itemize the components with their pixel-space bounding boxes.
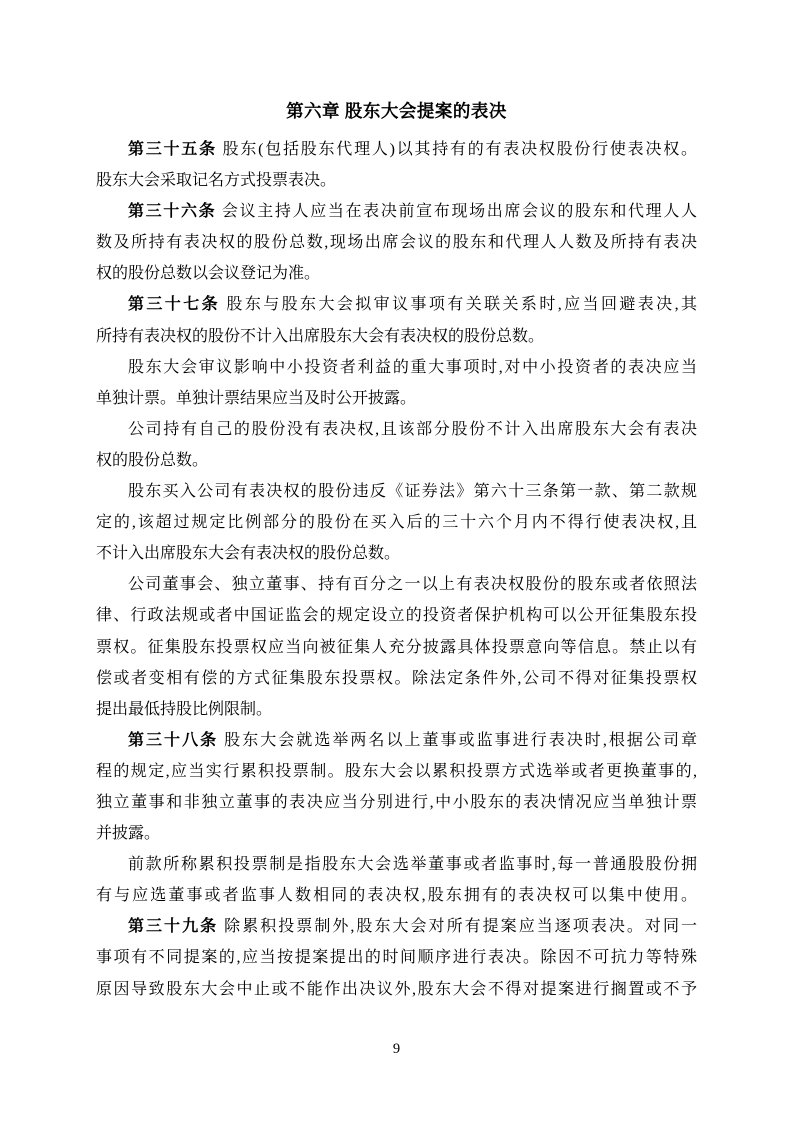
- paragraph: 第三十九条 除累积投票制外,股东大会对所有提案应当逐项表决。对同一事项有不同提案…: [96, 911, 697, 1004]
- paragraph: 第三十六条 会议主持人应当在表决前宣布现场出席会议的股东和代理人人数及所持有表决…: [96, 196, 697, 289]
- paragraph: 第三十八条 股东大会就选举两名以上董事或监事进行表决时,根据公司章程的规定,应当…: [96, 725, 697, 849]
- paragraph: 第三十五条 股东(包括股东代理人)以其持有的有表决权股份行使表决权。股东大会采取…: [96, 134, 697, 196]
- text-line: 有与应选董事或者监事人数相同的表决权,股东拥有的表决权可以集中使用。: [96, 880, 697, 911]
- paragraph: 股东大会审议影响中小投资者利益的重大事项时,对中小投资者的表决应当单独计票。单独…: [96, 352, 697, 414]
- text-line: 律、行政法规或者中国证监会的规定设立的投资者保护机构可以公开征集股东投: [96, 600, 697, 631]
- article-number: 第三十八条: [128, 732, 218, 749]
- text-line: 第三十七条 股东与股东大会拟审议事项有关联关系时,应当回避表决,其: [96, 289, 697, 320]
- text-line: 程的规定,应当实行累积投票制。股东大会以累积投票方式选举或者更换董事的,: [96, 756, 697, 787]
- text-line: 原因导致股东大会中止或不能作出决议外,股东大会不得对提案进行搁置或不予: [96, 974, 697, 1005]
- text-line: 并披露。: [96, 818, 697, 849]
- text-line: 独立董事和非独立董事的表决应当分别进行,中小股东的表决情况应当单独计票: [96, 787, 697, 818]
- chapter-title: 第六章 股东大会提案的表决: [96, 99, 697, 123]
- text-line: 公司持有自己的股份没有表决权,且该部分股份不计入出席股东大会有表决: [96, 414, 697, 445]
- article-number: 第三十六条: [128, 203, 216, 220]
- text-line: 数及所持有表决权的股份总数,现场出席会议的股东和代理人人数及所持有表决: [96, 227, 697, 258]
- text-line: 提出最低持股比例限制。: [96, 694, 697, 725]
- page-footer: 9: [0, 1040, 793, 1058]
- text-line: 票权。征集股东投票权应当向被征集人充分披露具体投票意向等信息。禁止以有: [96, 632, 697, 663]
- paragraph: 前款所称累积投票制是指股东大会选举董事或者监事时,每一普通股股份拥有与应选董事或…: [96, 849, 697, 911]
- text-line: 不计入出席股东大会有表决权的股份总数。: [96, 538, 697, 569]
- text-line: 股东买入公司有表决权的股份违反《证券法》第六十三条第一款、第二款规: [96, 476, 697, 507]
- text-line: 第三十六条 会议主持人应当在表决前宣布现场出席会议的股东和代理人人: [96, 196, 697, 227]
- text-line: 第三十八条 股东大会就选举两名以上董事或监事进行表决时,根据公司章: [96, 725, 697, 756]
- document-body: 第三十五条 股东(包括股东代理人)以其持有的有表决权股份行使表决权。股东大会采取…: [96, 134, 697, 1005]
- text-line: 股东大会审议影响中小投资者利益的重大事项时,对中小投资者的表决应当: [96, 352, 697, 383]
- paragraph: 股东买入公司有表决权的股份违反《证券法》第六十三条第一款、第二款规定的,该超过规…: [96, 476, 697, 569]
- article-number: 第三十七条: [128, 296, 220, 313]
- paragraph: 公司持有自己的股份没有表决权,且该部分股份不计入出席股东大会有表决权的股份总数。: [96, 414, 697, 476]
- text-line: 股东大会采取记名方式投票表决。: [96, 165, 697, 196]
- text-line: 权的股份总数以会议登记为准。: [96, 258, 697, 289]
- text-line: 事项有不同提案的,应当按提案提出的时间顺序进行表决。除因不可抗力等特殊: [96, 942, 697, 973]
- text-line: 定的,该超过规定比例部分的股份在买入后的三十六个月内不得行使表决权,且: [96, 507, 697, 538]
- paragraph: 公司董事会、独立董事、持有百分之一以上有表决权股份的股东或者依照法律、行政法规或…: [96, 569, 697, 724]
- text-line: 偿或者变相有偿的方式征集股东投票权。除法定条件外,公司不得对征集投票权: [96, 663, 697, 694]
- text-line: 第三十九条 除累积投票制外,股东大会对所有提案应当逐项表决。对同一: [96, 911, 697, 942]
- article-number: 第三十九条: [128, 918, 218, 935]
- text-line: 所持有表决权的股份不计入出席股东大会有表决权的股份总数。: [96, 321, 697, 352]
- text-line: 单独计票。单独计票结果应当及时公开披露。: [96, 383, 697, 414]
- paragraph: 第三十七条 股东与股东大会拟审议事项有关联关系时,应当回避表决,其所持有表决权的…: [96, 289, 697, 351]
- document-page: 第六章 股东大会提案的表决 第三十五条 股东(包括股东代理人)以其持有的有表决权…: [0, 0, 793, 1122]
- article-number: 第三十五条: [128, 141, 217, 158]
- page-number: 9: [393, 1041, 400, 1057]
- text-line: 第三十五条 股东(包括股东代理人)以其持有的有表决权股份行使表决权。: [96, 134, 697, 165]
- text-line: 公司董事会、独立董事、持有百分之一以上有表决权股份的股东或者依照法: [96, 569, 697, 600]
- text-line: 前款所称累积投票制是指股东大会选举董事或者监事时,每一普通股股份拥: [96, 849, 697, 880]
- text-line: 权的股份总数。: [96, 445, 697, 476]
